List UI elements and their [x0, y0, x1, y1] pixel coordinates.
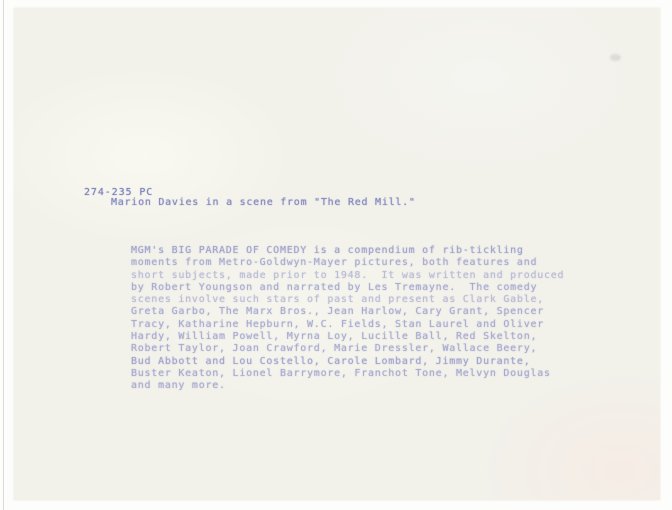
photo-caption: Marion Davies in a scene from "The Red M… — [111, 197, 416, 208]
note-line: Bud Abbott and Lou Costello, Carole Lomb… — [131, 356, 564, 368]
note-line: and many more. — [131, 380, 564, 392]
photo-paper: 274-235 PC Marion Davies in a scene from… — [14, 8, 660, 500]
note-line: Buster Keaton, Lionel Barrymore, Francho… — [131, 368, 564, 380]
note-line: Greta Garbo, The Marx Bros., Jean Harlow… — [131, 306, 564, 318]
note-line: Robert Taylor, Joan Crawford, Marie Dres… — [131, 343, 564, 355]
note-line: Hardy, William Powell, Myrna Loy, Lucill… — [131, 331, 564, 343]
scanner-artifact-line — [3, 0, 4, 510]
note-line: scenes involve such stars of past and pr… — [131, 294, 564, 306]
smudge-mark — [610, 54, 621, 61]
note-line: Tracy, Katharine Hepburn, W.C. Fields, S… — [131, 319, 564, 331]
note-line: moments from Metro-Goldwyn-Mayer picture… — [131, 257, 564, 269]
publicity-note: MGM's BIG PARADE OF COMEDY is a compendi… — [131, 245, 564, 393]
note-line: short subjects, made prior to 1948. It w… — [131, 270, 564, 282]
note-line: by Robert Youngson and narrated by Les T… — [131, 282, 564, 294]
photo-back-scan: 274-235 PC Marion Davies in a scene from… — [0, 0, 672, 510]
note-line: MGM's BIG PARADE OF COMEDY is a compendi… — [131, 245, 564, 257]
